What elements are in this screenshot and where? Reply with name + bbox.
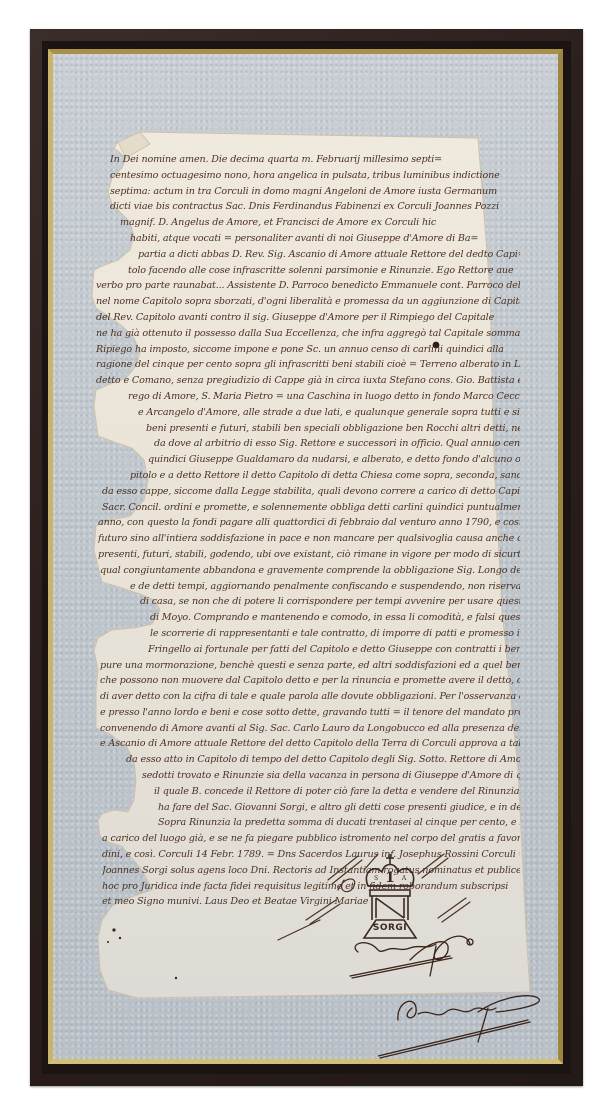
- text-line: Sacr. Concil. ordini e promette, e solen…: [102, 500, 520, 516]
- text-line: le scorrerie di rappresentanti e tale co…: [110, 626, 520, 642]
- text-line: quindici Giuseppe Gualdamaro da nudarsi,…: [110, 452, 520, 468]
- text-line: e Ascanio di Amore attuale Rettore del d…: [100, 736, 520, 752]
- text-line: ragione del cinque per cento sopra gli i…: [96, 357, 520, 373]
- text-line: sedotti trovato e Rinunzie sia della vac…: [110, 768, 520, 784]
- text-line: del Rev. Capitolo avanti contro il sig. …: [96, 310, 520, 326]
- text-line: da dove al arbitrio di esso Sig. Rettore…: [110, 436, 520, 452]
- text-line: verbo pro parte raunabat... Assistente D…: [96, 278, 520, 294]
- text-line: qual congiuntamente abbandona e gravemen…: [100, 563, 520, 579]
- text-line: beni presenti e futuri, stabili ben spec…: [110, 421, 520, 437]
- notary-signature-1: [340, 930, 500, 990]
- text-line: dicti viae bis contractus Sac. Dnis Ferd…: [110, 199, 520, 215]
- text-line: da esso cappe, siccome dalla Legge stabi…: [102, 484, 520, 500]
- text-line: pure una mormorazione, benchè questi e s…: [100, 658, 520, 674]
- text-line: e de detti tempi, aggiornando penalmente…: [110, 579, 520, 595]
- text-line: di casa, se non che di potere li corrisp…: [110, 594, 520, 610]
- text-line: anno, con questo la fondi pagare alli qu…: [98, 515, 520, 531]
- text-line: e presso l'anno lordo e beni e cose sott…: [100, 705, 520, 721]
- text-line: nel nome Capitolo sopra sborzati, d'ogni…: [96, 294, 520, 310]
- text-line: presenti, futuri, stabili, godendo, ubi …: [98, 547, 520, 563]
- text-line: futuro sino all'intiera soddisfazione in…: [98, 531, 520, 547]
- manuscript-sheet: In Dei nomine amen. Die decima quarta m.…: [78, 130, 536, 1010]
- text-line: septima: actum in tra Corculi in domo ma…: [110, 184, 520, 200]
- text-line: Sopra Rinunzia la predetta somma di duca…: [110, 815, 520, 831]
- text-line: centesimo octuagesimo nono, hora angelic…: [110, 168, 520, 184]
- text-line: ha fare del Sac. Giovanni Sorgi, e altro…: [110, 800, 520, 816]
- text-line: di Moyo. Comprando e mantenendo e comodo…: [110, 610, 520, 626]
- text-line: partia a dicti abbas D. Rev. Sig. Ascani…: [110, 247, 520, 263]
- text-line: e Arcangelo d'Amore, alle strade a due l…: [110, 405, 520, 421]
- manuscript-text: In Dei nomine amen. Die decima quarta m.…: [110, 152, 520, 910]
- text-line: che possono non muovere dal Capitolo det…: [100, 673, 520, 689]
- text-line: pitolo e a detto Rettore il detto Capito…: [110, 468, 520, 484]
- text-line: convenendo di Amore avanti al Sig. Sac. …: [100, 721, 520, 737]
- text-line: tolo facendo alle cose infrascritte sole…: [110, 263, 520, 279]
- text-line: detto e Comano, senza pregiudizio di Cap…: [96, 373, 520, 389]
- text-line: rego di Amore, S. Maria Pietro = una Cas…: [110, 389, 520, 405]
- text-line: di aver detto con la cifra di tale e qua…: [100, 689, 520, 705]
- text-line: habiti, atque vocati = personaliter avan…: [110, 231, 520, 247]
- text-line: magnif. D. Angelus de Amore, et Francisc…: [110, 215, 520, 231]
- text-line: In Dei nomine amen. Die decima quarta m.…: [110, 152, 520, 168]
- text-line: Ripiego ha imposto, siccome impone e pon…: [96, 342, 520, 358]
- text-line: Fringello ai fortunale per fatti del Cap…: [110, 642, 520, 658]
- text-line: il quale B. concede il Rettore di poter …: [110, 784, 520, 800]
- text-line: a carico del luogo già, e se ne fa piega…: [102, 831, 520, 847]
- notary-signature-2: [378, 990, 548, 1060]
- text-line: da esso atto in Capitolo di tempo del de…: [110, 752, 520, 768]
- text-line: ne ha già ottenuto il possesso dalla Sua…: [96, 326, 520, 342]
